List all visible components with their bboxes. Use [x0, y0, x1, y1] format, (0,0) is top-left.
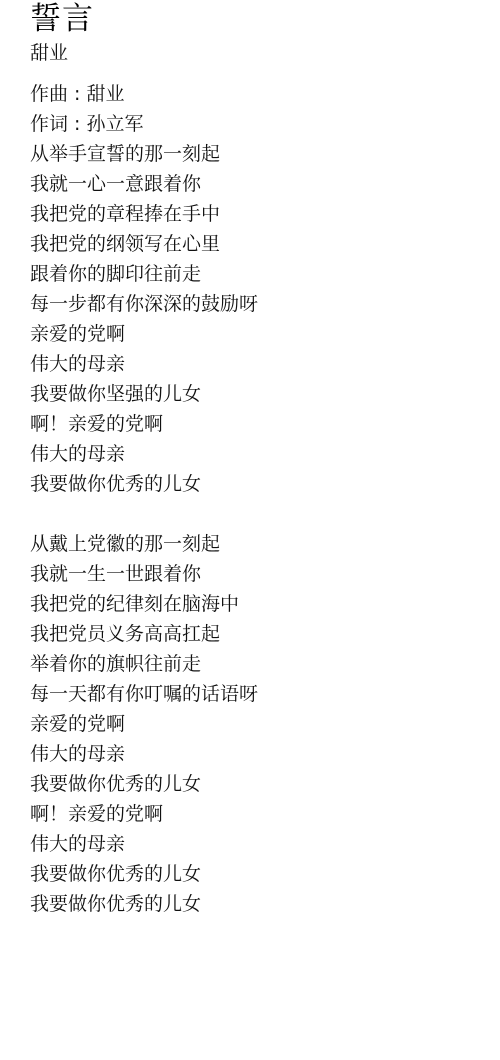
lyric-line: 我要做你坚强的儿女 — [30, 379, 258, 409]
lyric-line: 我把党的纪律刻在脑海中 — [30, 589, 258, 619]
lyric-line: 举着你的旗帜往前走 — [30, 649, 258, 679]
lyric-line: 我就一心一意跟着你 — [30, 169, 258, 199]
lyric-line: 伟大的母亲 — [30, 439, 258, 469]
lyric-line: 伟大的母亲 — [30, 349, 258, 379]
lyrics-body: 作曲 : 甜业 作词 : 孙立军 从举手宣誓的那一刻起 我就一心一意跟着你 我把… — [30, 79, 258, 919]
lyric-line: 我把党员义务高高扛起 — [30, 619, 258, 649]
lyric-line: 啊！亲爱的党啊 — [30, 409, 258, 439]
lyric-line: 每一步都有你深深的鼓励呀 — [30, 289, 258, 319]
credit-composer: 作曲 : 甜业 — [30, 79, 258, 109]
lyric-line: 亲爱的党啊 — [30, 709, 258, 739]
lyric-line: 我要做你优秀的儿女 — [30, 769, 258, 799]
song-title: 誓言 — [30, 0, 94, 38]
credit-lyricist: 作词 : 孙立军 — [30, 109, 258, 139]
lyric-line: 我要做你优秀的儿女 — [30, 469, 258, 499]
lyric-line: 从举手宣誓的那一刻起 — [30, 139, 258, 169]
lyric-line: 从戴上党徽的那一刻起 — [30, 529, 258, 559]
lyric-line: 伟大的母亲 — [30, 739, 258, 769]
lyric-line: 每一天都有你叮嘱的话语呀 — [30, 679, 258, 709]
song-artist: 甜业 — [30, 41, 68, 65]
lyric-line: 啊！亲爱的党啊 — [30, 799, 258, 829]
lyric-line: 伟大的母亲 — [30, 829, 258, 859]
lyric-line: 我要做你优秀的儿女 — [30, 859, 258, 889]
lyric-line: 我要做你优秀的儿女 — [30, 889, 258, 919]
lyric-line: 我把党的纲领写在心里 — [30, 229, 258, 259]
lyric-line: 亲爱的党啊 — [30, 319, 258, 349]
lyric-line: 跟着你的脚印往前走 — [30, 259, 258, 289]
lyric-line: 我把党的章程捧在手中 — [30, 199, 258, 229]
lyric-line: 我就一生一世跟着你 — [30, 559, 258, 589]
verse-break — [30, 499, 258, 529]
